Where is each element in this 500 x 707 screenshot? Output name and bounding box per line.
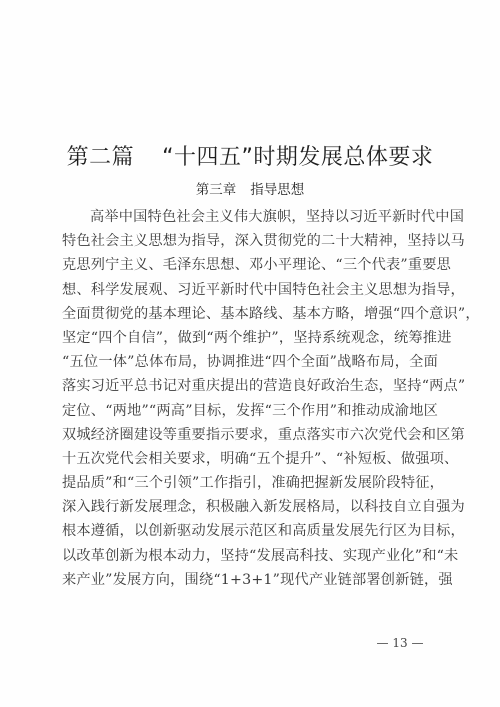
text-line: 根本遵循，以创新驱动发展示范区和高质量发展先行区为目标， <box>62 519 438 543</box>
text-line: 以改革创新为根本动力，坚持“发展高科技、实现产业化”和“未 <box>62 544 438 568</box>
text-line: 想、科学发展观、习近平新时代中国特色社会主义思想为指导， <box>62 278 438 302</box>
document-page: 第二篇“十四五”时期发展总体要求 第三章指导思想 高举中国特色社会主义伟大旗帜，… <box>0 0 500 707</box>
text-line: 深入践行新发展理念，积极融入新发展格局，以科技自立自强为 <box>62 495 438 519</box>
page-number: — 13 — <box>360 634 440 652</box>
text-line: 提品质”和“三个引领”工作指引，准确把握新发展阶段特征， <box>62 471 438 495</box>
text-line: 来产业”发展方向，围绕“1+3+1”现代产业链部署创新链，强 <box>62 568 438 592</box>
part-heading: 第二篇“十四五”时期发展总体要求 <box>0 143 500 173</box>
text-line: 双城经济圈建设等重要指示要求，重点落实市六次党代会和区第 <box>62 423 438 447</box>
part-title: “十四五”时期发展总体要求 <box>162 145 433 170</box>
text-line: 十五次党代会相关要求，明确“五个提升”、“补短板、做强项、 <box>62 447 438 471</box>
chapter-heading: 第三章指导思想 <box>0 180 500 200</box>
body-paragraph: 高举中国特色社会主义伟大旗帜，坚持以习近平新时代中国 特色社会主义思想为指导，深… <box>62 205 438 592</box>
part-label: 第二篇 <box>67 145 135 170</box>
text-line: 落实习近平总书记对重庆提出的营造良好政治生态，坚持“两点” <box>62 374 438 398</box>
text-line: 克思列宁主义、毛泽东思想、邓小平理论、“三个代表”重要思 <box>62 253 438 277</box>
text-line: 特色社会主义思想为指导，深入贯彻党的二十大精神，坚持以马 <box>62 229 438 253</box>
chapter-label: 第三章 <box>196 182 237 198</box>
text-line: 全面贯彻党的基本理论、基本路线、基本方略，增强“四个意识”， <box>62 302 438 326</box>
chapter-title: 指导思想 <box>250 182 304 198</box>
text-line: “五位一体”总体布局，协调推进“四个全面”战略布局，全面 <box>62 350 438 374</box>
text-line: 坚定“四个自信”，做到“两个维护”，坚持系统观念，统筹推进 <box>62 326 438 350</box>
text-line: 定位、“两地”“两高”目标，发挥“三个作用”和推动成渝地区 <box>62 399 438 423</box>
text-line: 高举中国特色社会主义伟大旗帜，坚持以习近平新时代中国 <box>62 205 438 229</box>
